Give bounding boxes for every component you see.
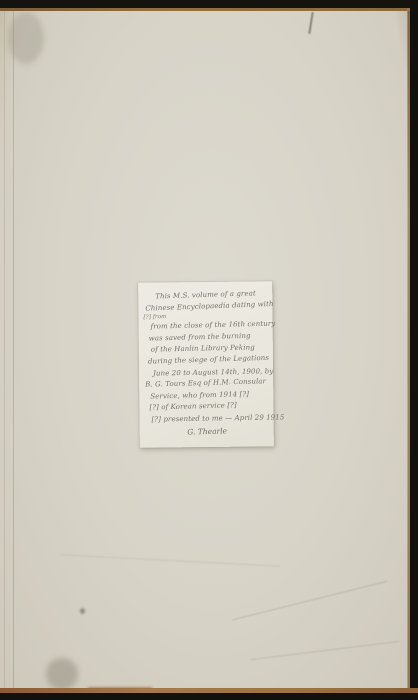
photo-border-bottom [0,693,418,700]
smudge-bottom-left [46,658,78,690]
handwritten-note-text: This M.S. volume of a greatChinese Encyc… [147,290,265,426]
stain-top-left [8,12,44,64]
dark-speck [80,608,85,614]
board-edge-top [0,8,418,11]
photo-border-right [410,0,418,700]
spine-crease-line [13,11,14,688]
photo-border-top [0,0,418,8]
handwritten-note: This M.S. volume of a greatChinese Encyc… [138,281,274,447]
note-line: [?] presented to me — April 29 1915 [151,413,265,427]
note-signature: G. Thearle [149,425,266,437]
spine-crease-line [4,11,5,688]
photographed-book-cover: This M.S. volume of a greatChinese Encyc… [0,0,418,700]
